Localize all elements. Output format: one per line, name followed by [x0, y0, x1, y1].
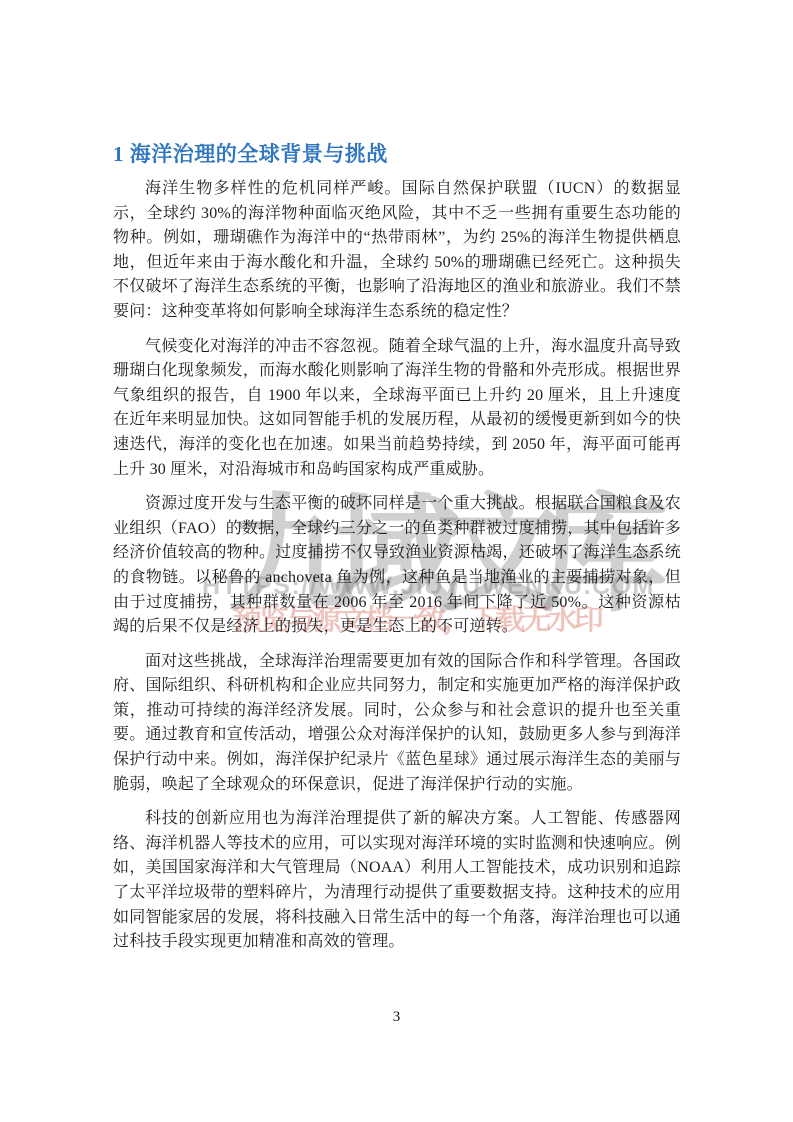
body-paragraph: 气候变化对海洋的冲击不容忽视。随着全球气温的上升，海水温度升高导致珊瑚白化现象频… — [113, 335, 681, 483]
page-footer: 3 — [0, 1008, 793, 1026]
body-paragraph: 资源过度开发与生态平衡的破坏同样是一个重大挑战。根据联合国粮食及农业组织（FAO… — [113, 492, 681, 640]
body-paragraph: 科技的创新应用也为海洋治理提供了新的解决方案。人工智能、传感器网络、海洋机器人等… — [113, 807, 681, 955]
section-heading: 1 海洋治理的全球背景与挑战 — [113, 138, 681, 168]
page-number: 3 — [393, 1009, 401, 1025]
body-paragraph: 面对这些挑战，全球海洋治理需要更加有效的国际合作和科学管理。各国政府、国际组织、… — [113, 650, 681, 798]
document-page: 九域文库 HTTPS://WWW.JIUYUWENKU.COM 预览与源文档一致… — [0, 0, 793, 1122]
body-paragraph: 海洋生物多样性的危机同样严峻。国际自然保护联盟（IUCN）的数据显示，全球约 3… — [113, 177, 681, 325]
document-body: 1 海洋治理的全球背景与挑战 海洋生物多样性的危机同样严峻。国际自然保护联盟（I… — [113, 138, 681, 965]
